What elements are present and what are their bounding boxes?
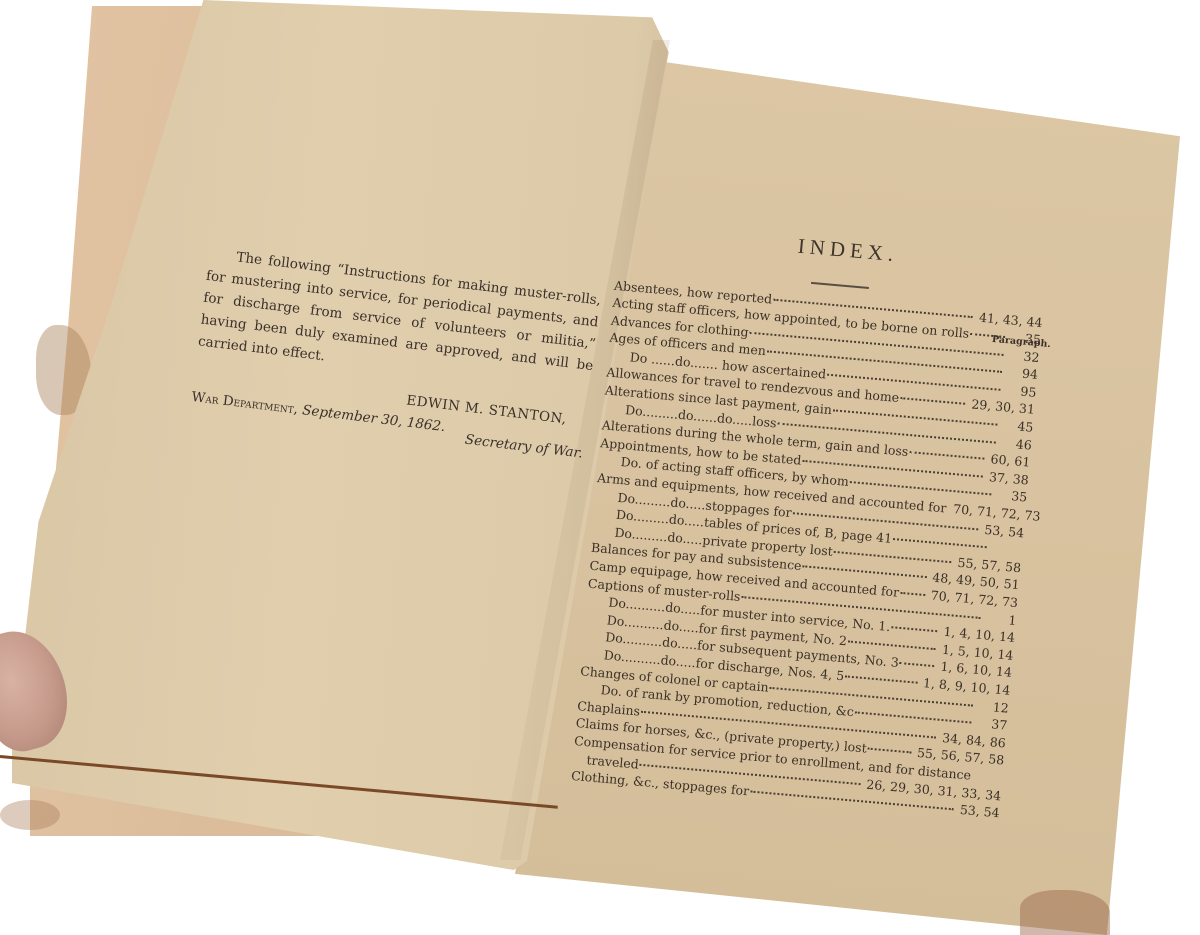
paragraph-ref: 37, 38 bbox=[988, 468, 1029, 489]
leader-dots bbox=[845, 675, 917, 683]
leader-dots bbox=[909, 451, 985, 460]
corner-stain bbox=[1020, 890, 1110, 935]
leader-dots bbox=[900, 592, 925, 596]
title-rule bbox=[811, 282, 869, 289]
paragraph-ref: 53, 54 bbox=[959, 801, 1000, 822]
leader-dots bbox=[891, 626, 938, 632]
index: INDEX. Paragraph. Absentees, how reporte… bbox=[570, 218, 1048, 822]
leader-dots bbox=[893, 538, 987, 548]
paragraph-ref: 53, 54 bbox=[984, 521, 1025, 542]
leader-dots bbox=[848, 640, 936, 650]
leader-dots bbox=[868, 748, 912, 754]
leader-dots bbox=[900, 662, 935, 667]
leader-dots bbox=[900, 398, 966, 406]
index-list: Absentees, how reported 41, 43, 44 Actin… bbox=[570, 276, 1043, 822]
paragraph-ref bbox=[992, 552, 1022, 555]
water-stain bbox=[0, 800, 60, 830]
